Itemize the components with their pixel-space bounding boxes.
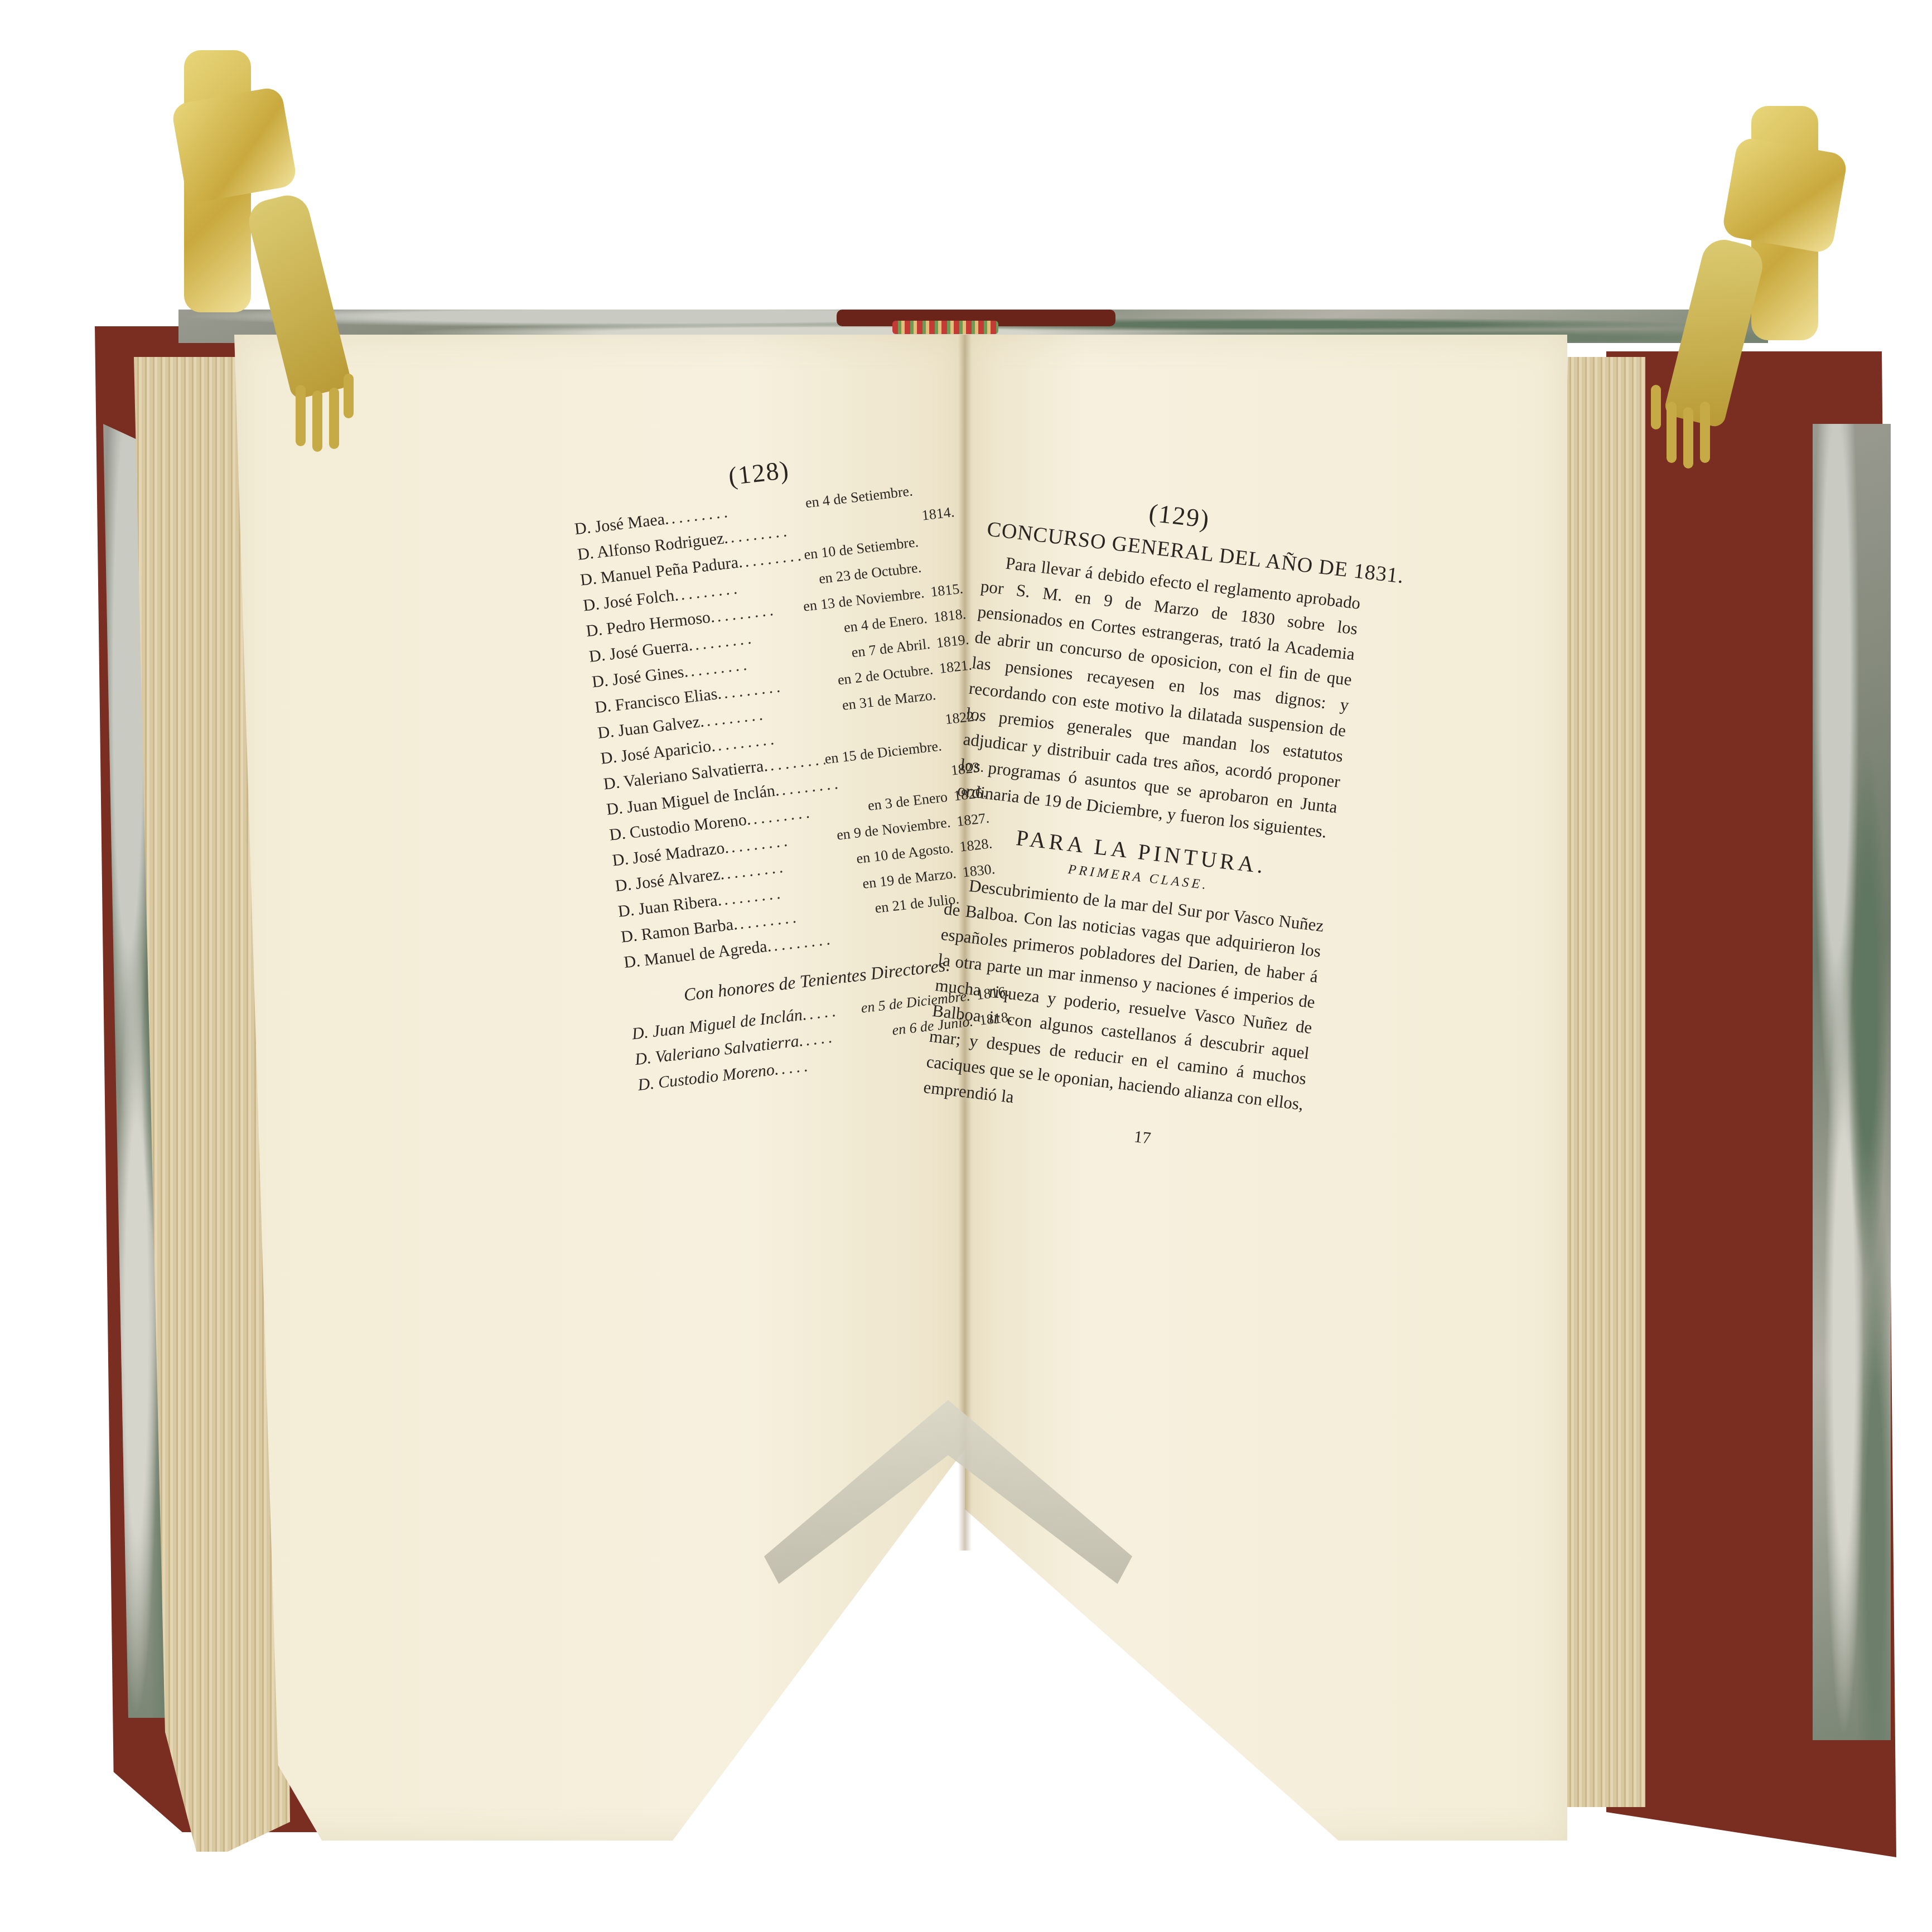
finger-icon xyxy=(296,385,306,446)
brass-hand-clip-right xyxy=(1640,123,1841,480)
headband xyxy=(892,321,998,334)
book-photo-scene: (128) D. José Maea.........en 4 de Setie… xyxy=(0,0,1932,1932)
finger-icon xyxy=(1700,402,1710,463)
member-list: D. José Maea.........en 4 de Setiembre. … xyxy=(573,474,1002,976)
clip-cuff-icon xyxy=(1721,136,1848,254)
right-page-text: (129) CONCURSO GENERAL DEL AÑO DE 1831. … xyxy=(920,480,1370,1165)
hand-icon xyxy=(244,191,352,400)
finger-icon xyxy=(344,374,354,418)
right-marbled-cover xyxy=(1813,424,1891,1740)
finger-icon xyxy=(1667,402,1677,463)
clip-cuff-icon xyxy=(171,86,298,204)
intro-paragraph: Para llevar á debido efecto el reglament… xyxy=(956,548,1362,846)
finger-icon xyxy=(312,390,322,452)
finger-icon xyxy=(1651,385,1661,429)
finger-icon xyxy=(1683,407,1693,468)
hand-icon xyxy=(1663,235,1767,429)
body-paragraph: Descubrimiento de la mar del Sur por Vas… xyxy=(922,870,1325,1142)
brass-hand-clip-left xyxy=(178,50,379,474)
finger-icon xyxy=(329,388,339,449)
